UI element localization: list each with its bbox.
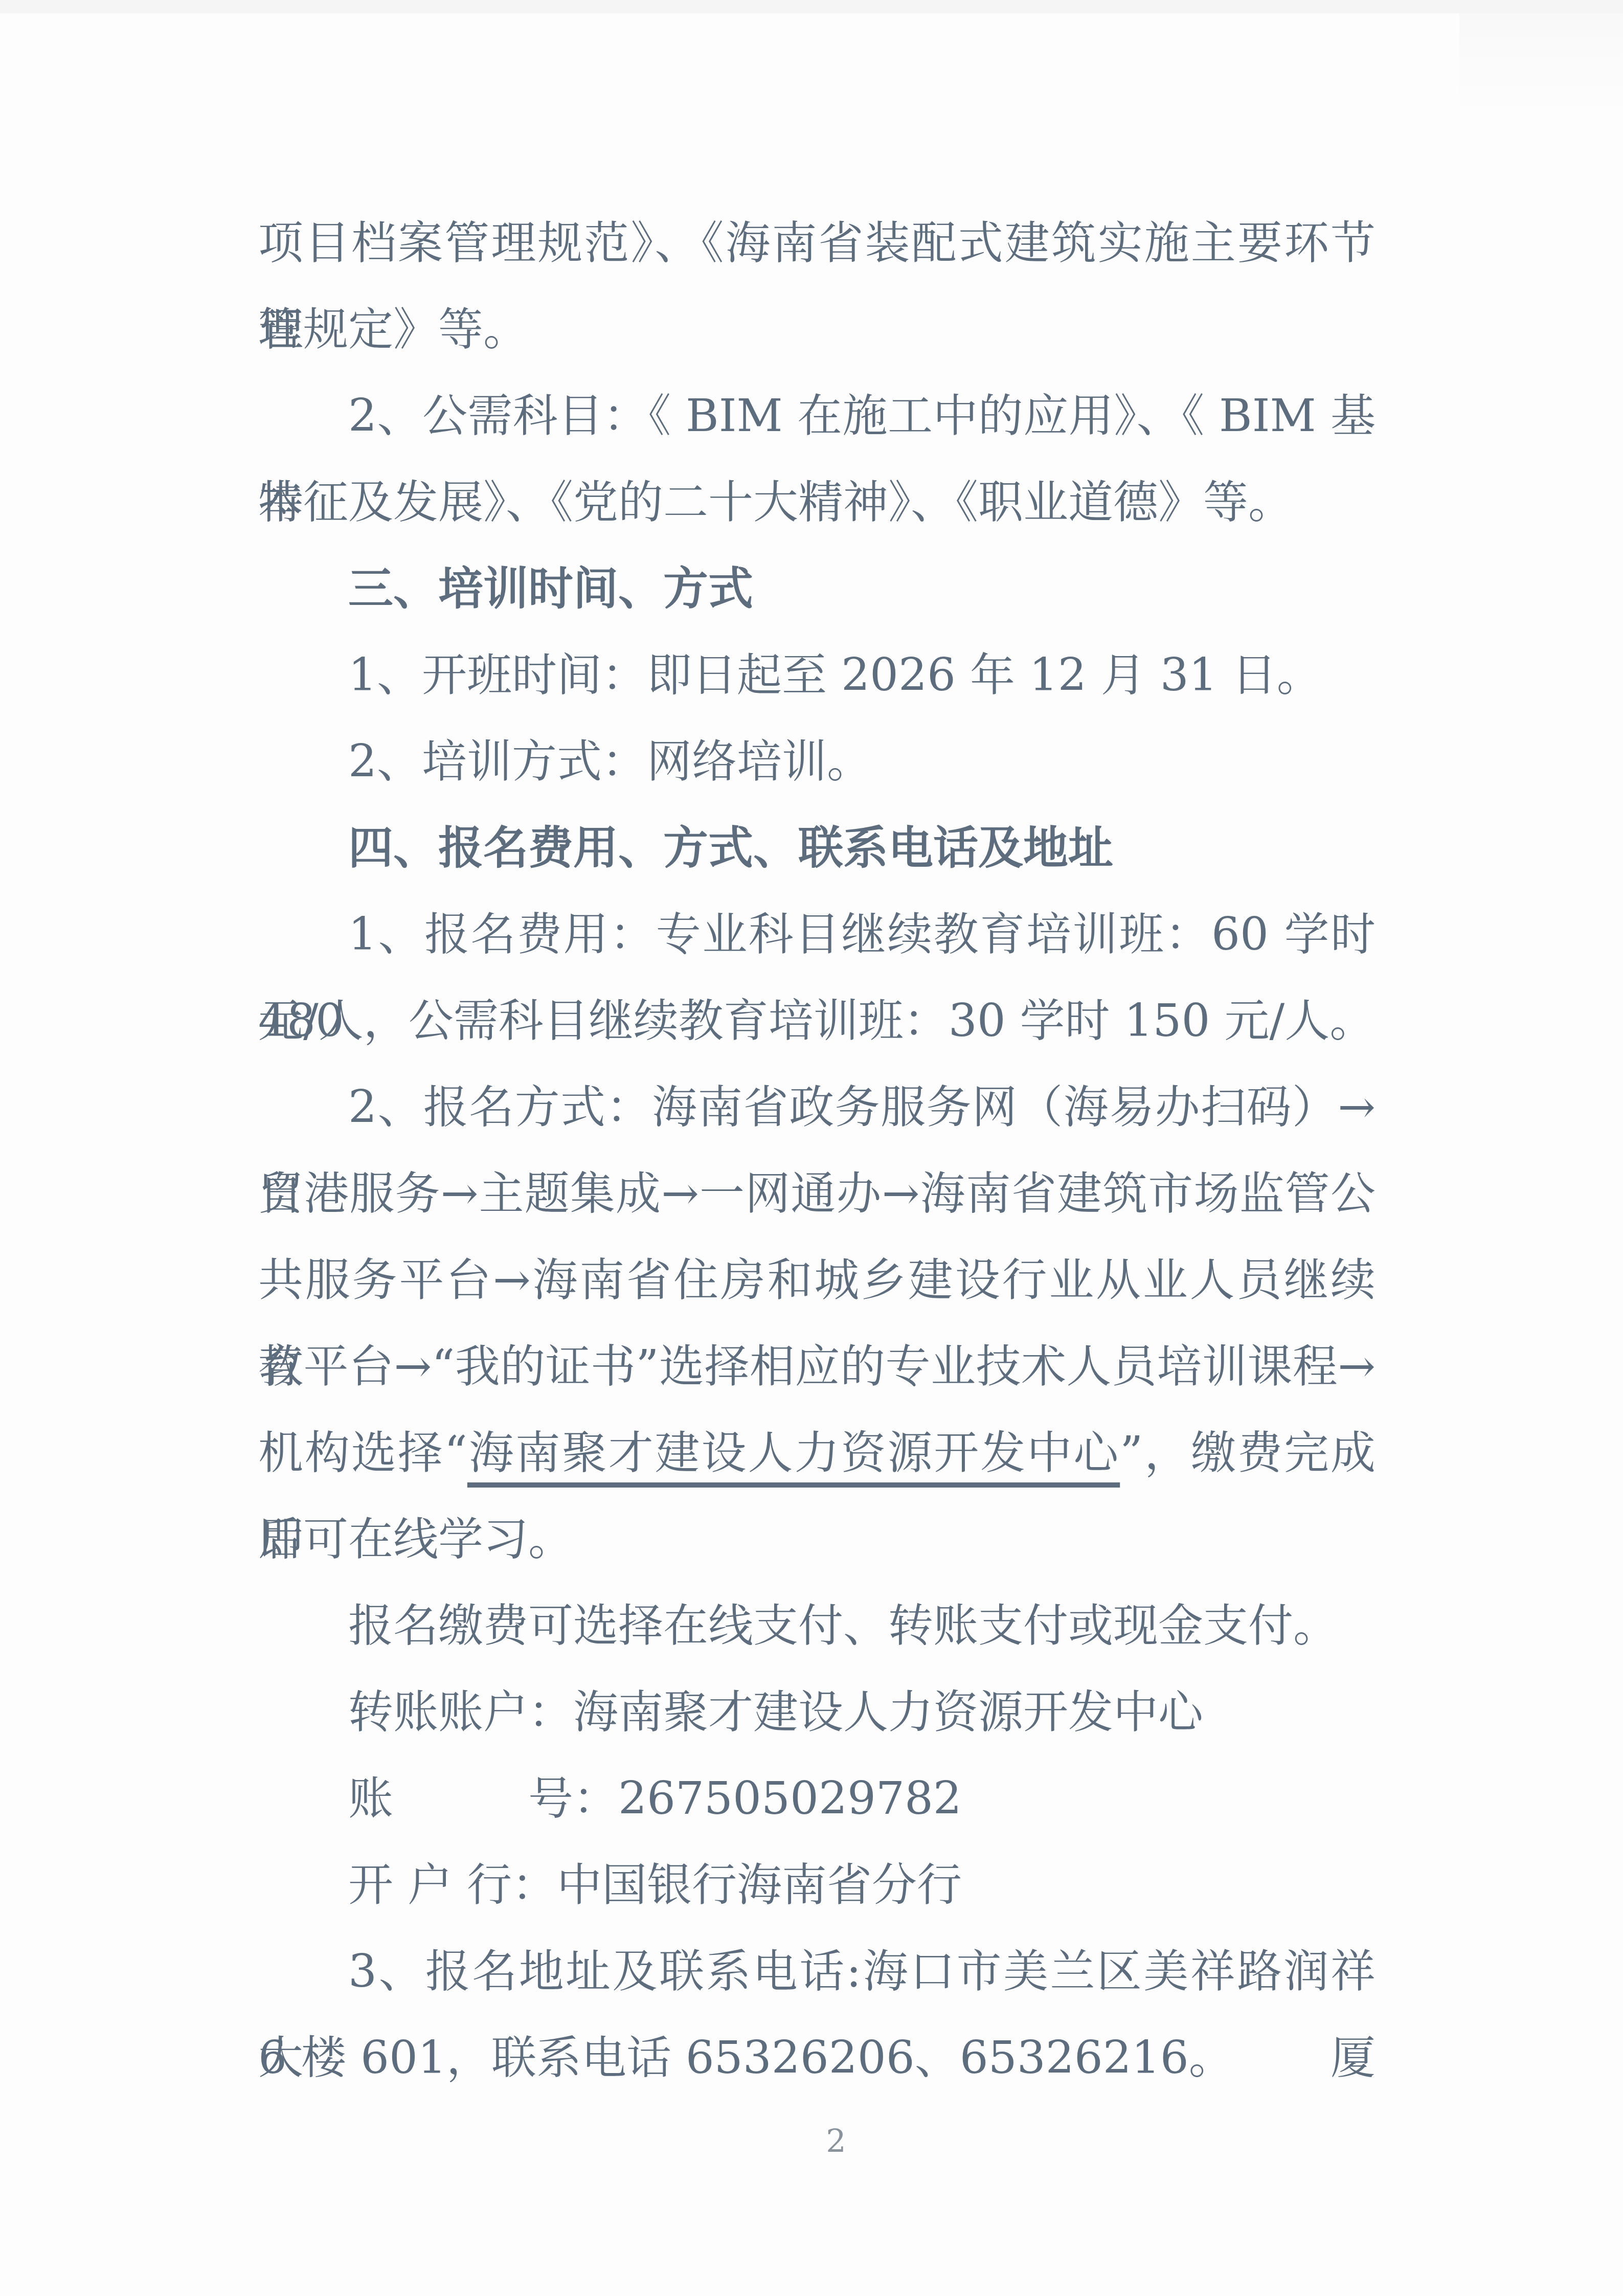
underlined-text: 海南聚才建设人力资源开发中心 [467, 1426, 1120, 1479]
text-line: 2、报名方式：海南省政务服务网（海易办扫码）→自 [258, 1064, 1376, 1150]
text-line: 1、开班时间：即日起至 2026 年 12 月 31 日。 [258, 632, 1376, 718]
text-segment: 机构选择“ [258, 1426, 467, 1479]
text-line: 特征及发展》、《党的二十大精神》、《职业道德》等。 [258, 459, 1376, 545]
text-line: 项目档案管理规范》、《海南省装配式建筑实施主要环节管 [258, 199, 1376, 286]
text-line: 开 户 行：中国银行海南省分行 [258, 1841, 1376, 1928]
text-line: 1、报名费用：专业科目继续教育培训班：60 学时 480 [258, 891, 1376, 977]
text-line: 2、培训方式：网络培训。 [258, 718, 1376, 804]
text-line: 即可在线学习。 [258, 1496, 1376, 1582]
text-line: 贸港服务→主题集成→一网通办→海南省建筑市场监管公 [258, 1150, 1376, 1236]
text-line: 理规定》等。 [258, 286, 1376, 372]
scan-artifact-smudge [1459, 13, 1623, 116]
text-line: 2、公需科目：《 BIM 在施工中的应用》、《 BIM 基本 [258, 372, 1376, 459]
text-line: 6 楼 601，联系电话 65326206、65326216。 [258, 2014, 1376, 2101]
scan-artifact-top [0, 0, 1623, 13]
text-line: 转账账户：海南聚才建设人力资源开发中心 [258, 1669, 1376, 1755]
page-number: 2 [810, 2122, 862, 2159]
text-line: 育平台→“我的证书”选择相应的专业技术人员培训课程→ [258, 1323, 1376, 1409]
document-body: 项目档案管理规范》、《海南省装配式建筑实施主要环节管理规定》等。2、公需科目：《… [258, 199, 1376, 2101]
text-line: 机构选择“海南聚才建设人力资源开发中心”，缴费完成后 [258, 1409, 1376, 1496]
text-line: 报名缴费可选择在线支付、转账支付或现金支付。 [258, 1582, 1376, 1669]
text-line: 三、培训时间、方式 [258, 545, 1376, 632]
text-line: 四、报名费用、方式、联系电话及地址 [258, 804, 1376, 891]
text-line: 账 号：267505029782 [258, 1755, 1376, 1841]
text-line: 3、报名地址及联系电话:海口市美兰区美祥路润祥大厦 [258, 1928, 1376, 2014]
text-line: 共服务平台→海南省住房和城乡建设行业从业人员继续教 [258, 1236, 1376, 1323]
text-line: 元/人，公需科目继续教育培训班：30 学时 150 元/人。 [258, 977, 1376, 1064]
document-page: 项目档案管理规范》、《海南省装配式建筑实施主要环节管理规定》等。2、公需科目：《… [0, 0, 1623, 2296]
